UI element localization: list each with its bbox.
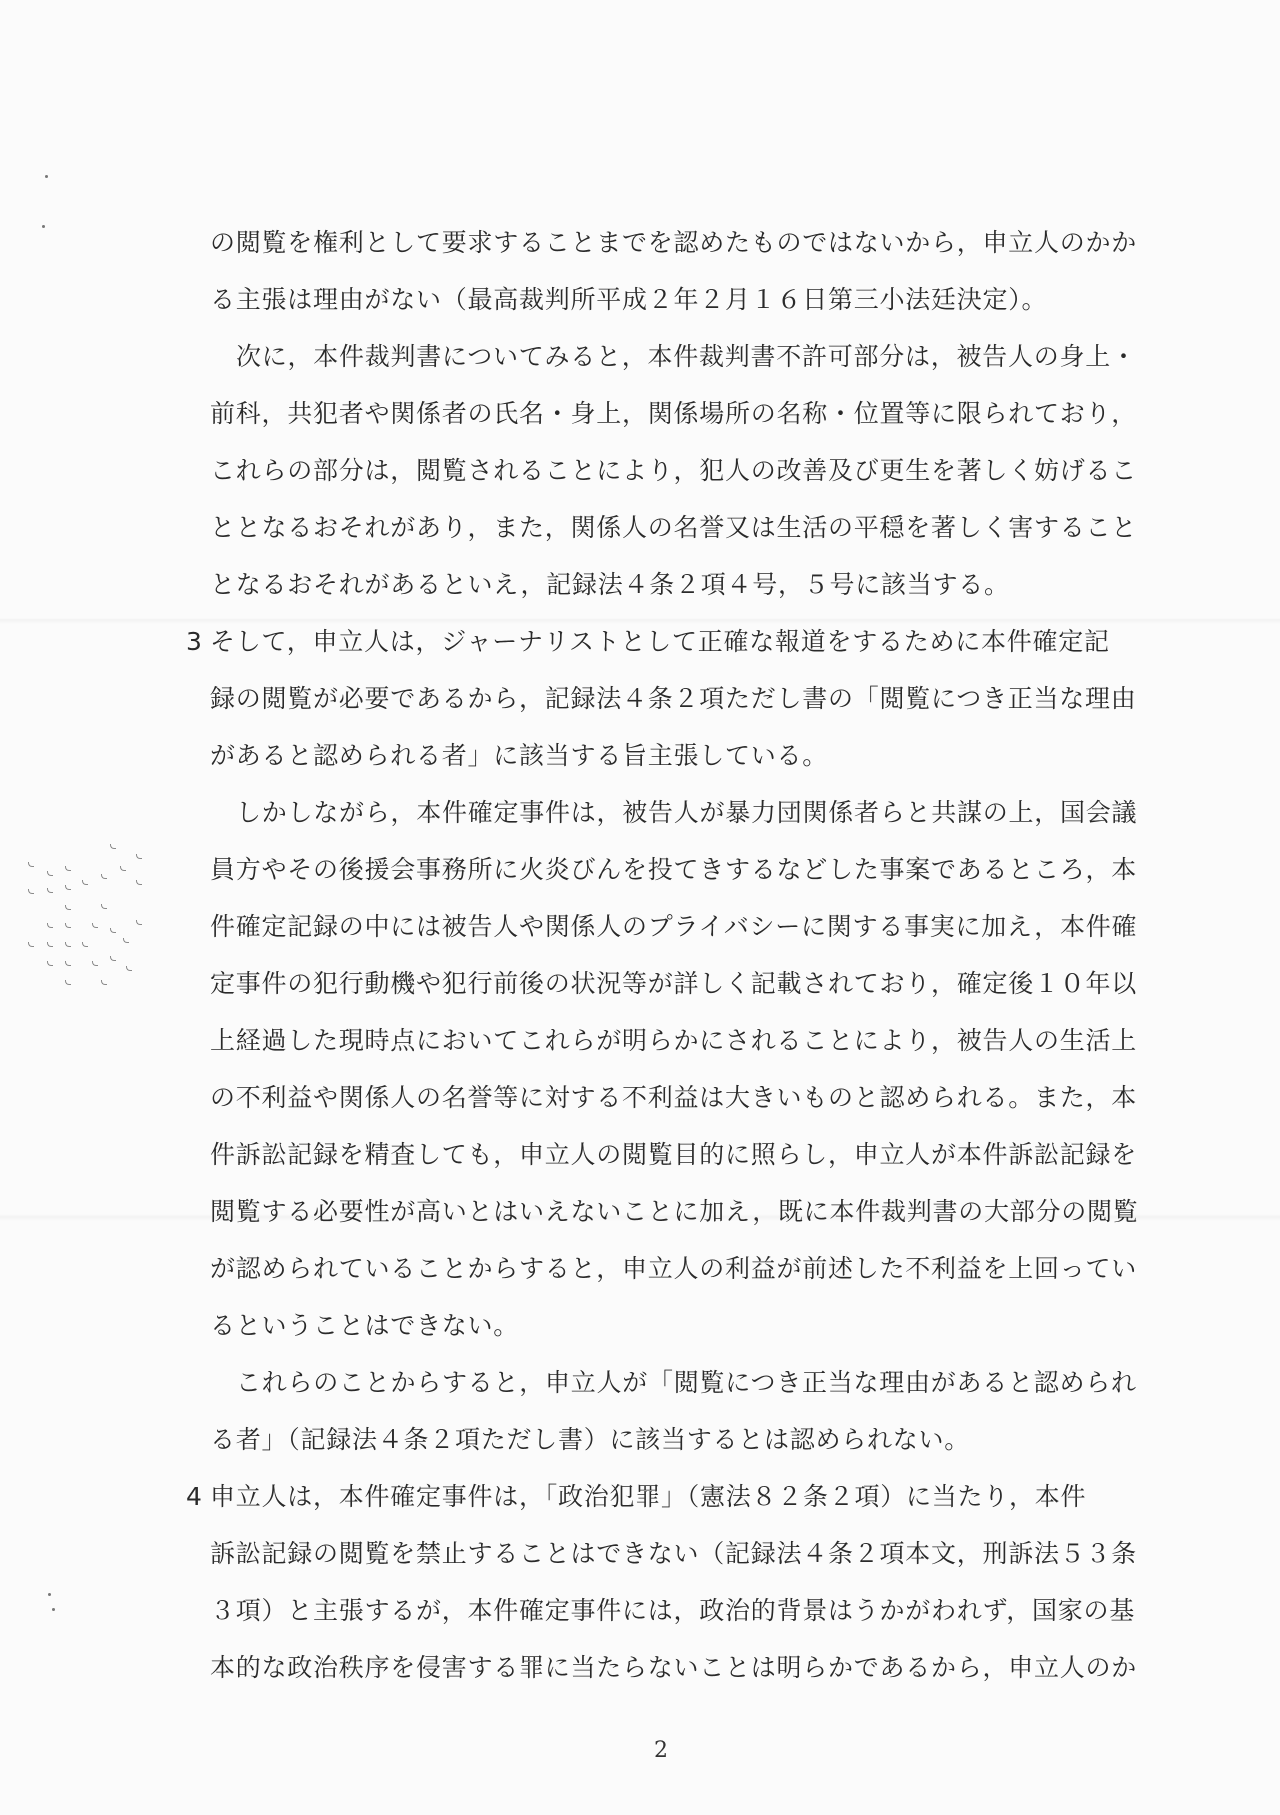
- text-line: 録の閲覧が必要であるから，記録法４条２項ただし書の「閲覧につき正当な理由: [210, 670, 1137, 727]
- scan-speck: [52, 1608, 55, 1611]
- text-line: 員方やその後援会事務所に火炎びんを投てきするなどした事案であるところ，本: [210, 841, 1137, 898]
- scan-speck: [48, 1593, 51, 1596]
- line-text: 申立人は，本件確定事件は，「政治犯罪」（憲法８２条２項）に当たり，本件: [210, 1482, 1086, 1511]
- text-line: 閲覧する必要性が高いとはいえないことに加え，既に本件裁判書の大部分の閲覧: [210, 1183, 1139, 1240]
- line-text: 件訴訟記録を精査しても，申立人の閲覧目的に照らし，申立人が本件訴訟記録を: [210, 1140, 1137, 1169]
- line-text: これらの部分は，閲覧されることにより，犯人の改善及び更生を著しく妨げるこ: [210, 456, 1137, 485]
- text-line: ととなるおそれがあり，また，関係人の名誉又は生活の平穏を著しく害すること: [210, 499, 1137, 556]
- text-line: の不利益や関係人の名誉等に対する不利益は大きいものと認められる。また，本: [210, 1069, 1137, 1126]
- line-text: が認められていることからすると，申立人の利益が前述した不利益を上回ってい: [210, 1254, 1137, 1283]
- scan-speck: [42, 225, 45, 228]
- line-text: これらのことからすると，申立人が「閲覧につき正当な理由があると認められ: [236, 1368, 1137, 1397]
- numbered-item-3: 3そして，申立人は，ジャーナリストとして正確な報道をするために本件確定記: [186, 613, 1110, 670]
- line-text: るということはできない。: [210, 1311, 519, 1340]
- line-text: の閲覧を権利として要求することまでを認めたものではないから，申立人のかか: [210, 228, 1137, 257]
- line-text: そして，申立人は，ジャーナリストとして正確な報道をするために本件確定記: [210, 627, 1110, 656]
- line-text: る者」（記録法４条２項ただし書）に該当するとは認められない。: [210, 1425, 970, 1454]
- line-text: 件確定記録の中には被告人や関係人のプライバシーに関する事実に加え，本件確: [210, 912, 1137, 941]
- document-page: の閲覧を権利として要求することまでを認めたものではないから，申立人のかか る主張…: [0, 0, 1280, 1815]
- text-line: ３項）と主張するが，本件確定事件には，政治的背景はうかがわれず，国家の基: [210, 1582, 1135, 1639]
- text-line: る者」（記録法４条２項ただし書）に該当するとは認められない。: [210, 1411, 970, 1468]
- line-text: 次に，本件裁判書についてみると，本件裁判書不許可部分は，被告人の身上・: [236, 342, 1137, 371]
- line-text: しかしながら，本件確定事件は，被告人が暴力団関係者らと共謀の上，国会議: [236, 798, 1137, 827]
- line-text: 定事件の犯行動機や犯行前後の状況等が詳しく記載されており，確定後１０年以: [210, 969, 1137, 998]
- text-line: 本的な政治秩序を侵害する罪に当たらないことは明らかであるから，申立人のか: [210, 1639, 1137, 1696]
- line-text: ととなるおそれがあり，また，関係人の名誉又は生活の平穏を著しく害すること: [210, 513, 1137, 542]
- text-line: があると認められる者」に該当する旨主張している。: [210, 727, 828, 784]
- line-text: 訴訟記録の閲覧を禁止することはできない（記録法４条２項本文，刑訴法５３条: [210, 1539, 1137, 1568]
- line-text: 録の閲覧が必要であるから，記録法４条２項ただし書の「閲覧につき正当な理由: [210, 684, 1137, 713]
- line-text: となるおそれがあるといえ，記録法４条２項４号，５号に該当する。: [210, 570, 1010, 599]
- text-line: るということはできない。: [210, 1297, 519, 1354]
- text-line: これらのことからすると，申立人が「閲覧につき正当な理由があると認められ: [236, 1354, 1137, 1411]
- text-line: となるおそれがあるといえ，記録法４条２項４号，５号に該当する。: [210, 556, 1010, 613]
- text-line: 次に，本件裁判書についてみると，本件裁判書不許可部分は，被告人の身上・: [236, 328, 1137, 385]
- text-line: しかしながら，本件確定事件は，被告人が暴力団関係者らと共謀の上，国会議: [236, 784, 1137, 841]
- text-line: 上経過した現時点においてこれらが明らかにされることにより，被告人の生活上: [210, 1012, 1137, 1069]
- line-text: 員方やその後援会事務所に火炎びんを投てきするなどした事案であるところ，本: [210, 855, 1137, 884]
- scan-speck: [45, 175, 48, 178]
- item-number: 3: [186, 613, 210, 670]
- text-line: の閲覧を権利として要求することまでを認めたものではないから，申立人のかか: [210, 214, 1137, 271]
- line-text: 閲覧する必要性が高いとはいえないことに加え，既に本件裁判書の大部分の閲覧: [210, 1197, 1139, 1226]
- text-line: 件確定記録の中には被告人や関係人のプライバシーに関する事実に加え，本件確: [210, 898, 1137, 955]
- numbered-item-4: 4申立人は，本件確定事件は，「政治犯罪」（憲法８２条２項）に当たり，本件: [186, 1468, 1086, 1525]
- line-text: る主張は理由がない（最高裁判所平成２年２月１６日第三小法廷決定）。: [210, 285, 1047, 314]
- line-text: 上経過した現時点においてこれらが明らかにされることにより，被告人の生活上: [210, 1026, 1137, 1055]
- text-line: が認められていることからすると，申立人の利益が前述した不利益を上回ってい: [210, 1240, 1137, 1297]
- line-text: ３項）と主張するが，本件確定事件には，政治的背景はうかがわれず，国家の基: [210, 1596, 1135, 1625]
- text-line: これらの部分は，閲覧されることにより，犯人の改善及び更生を著しく妨げるこ: [210, 442, 1137, 499]
- text-line: 前科，共犯者や関係者の氏名・身上，関係場所の名称・位置等に限られており，: [210, 385, 1137, 442]
- line-text: があると認められる者」に該当する旨主張している。: [210, 741, 828, 770]
- text-line: 訴訟記録の閲覧を禁止することはできない（記録法４条２項本文，刑訴法５３条: [210, 1525, 1137, 1582]
- item-number: 4: [186, 1468, 210, 1525]
- page-number: 2: [654, 1738, 668, 1763]
- line-text: 本的な政治秩序を侵害する罪に当たらないことは明らかであるから，申立人のか: [210, 1653, 1137, 1682]
- line-text: の不利益や関係人の名誉等に対する不利益は大きいものと認められる。また，本: [210, 1083, 1137, 1112]
- text-line: る主張は理由がない（最高裁判所平成２年２月１６日第三小法廷決定）。: [210, 271, 1047, 328]
- text-line: 件訴訟記録を精査しても，申立人の閲覧目的に照らし，申立人が本件訴訟記録を: [210, 1126, 1137, 1183]
- line-text: 前科，共犯者や関係者の氏名・身上，関係場所の名称・位置等に限られており，: [210, 399, 1137, 428]
- text-line: 定事件の犯行動機や犯行前後の状況等が詳しく記載されており，確定後１０年以: [210, 955, 1137, 1012]
- scan-artifact-marks: [22, 840, 152, 990]
